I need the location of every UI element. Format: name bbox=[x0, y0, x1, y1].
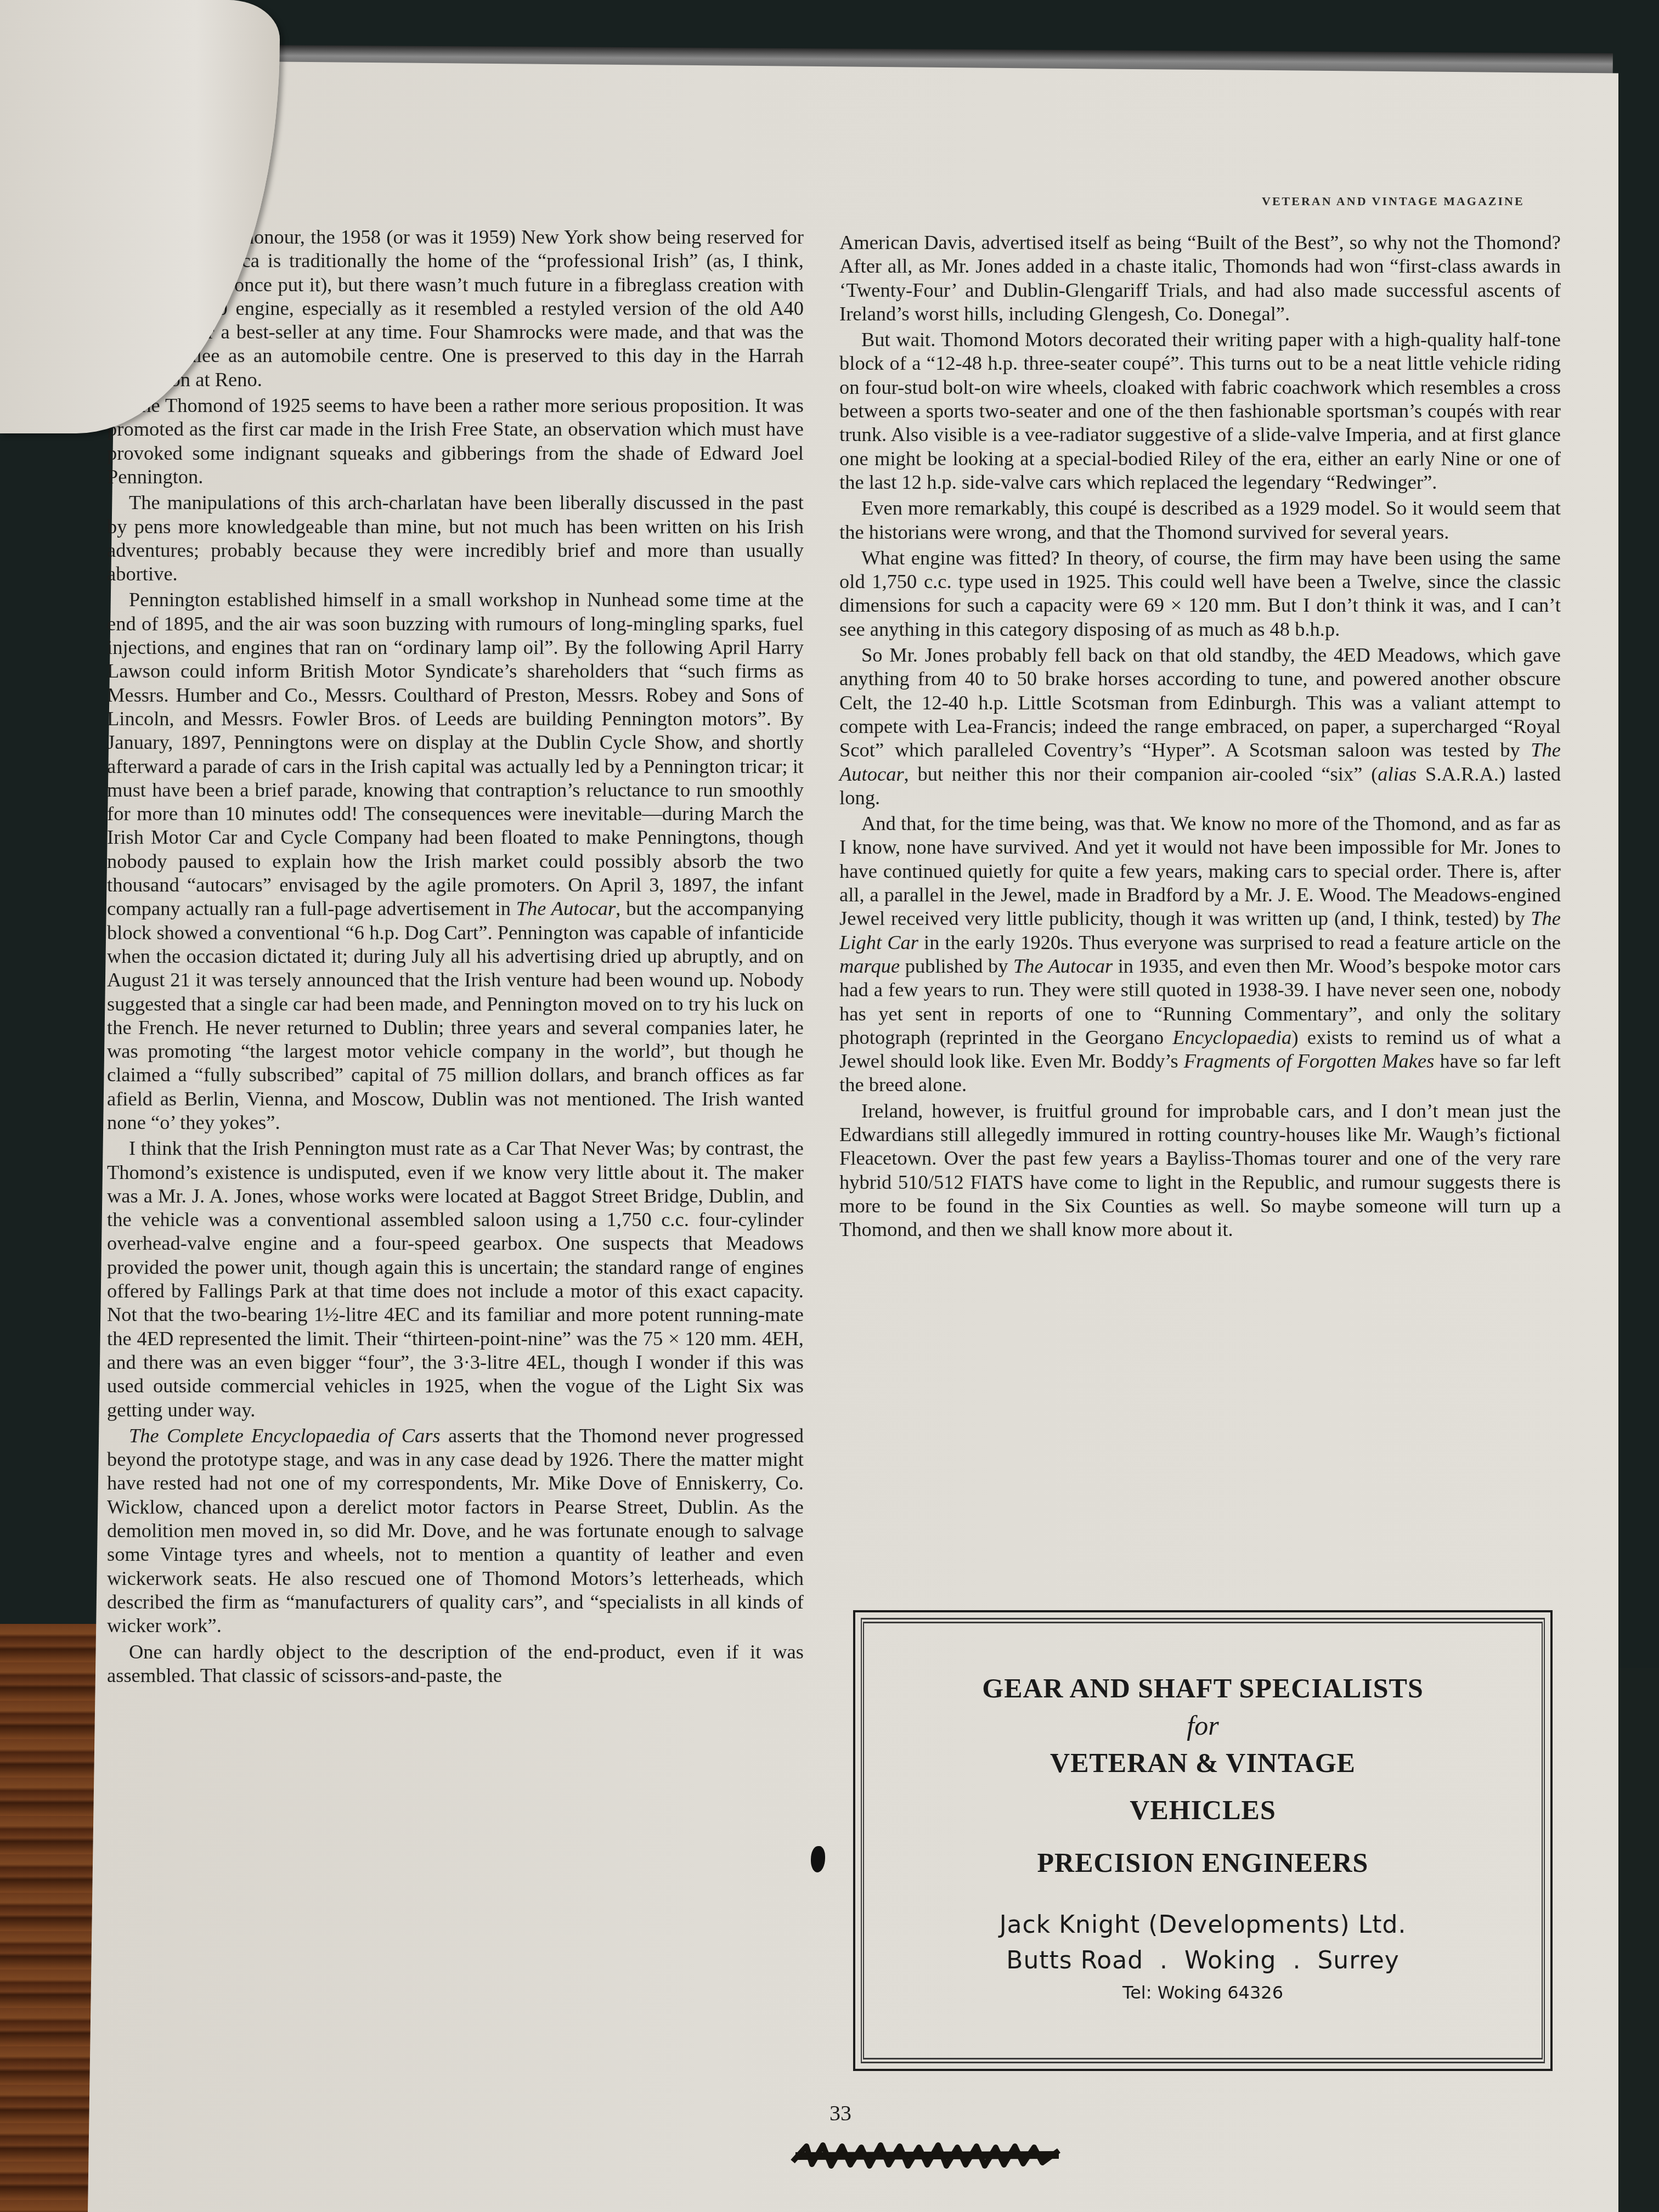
text-run: , but neither this nor their companion a… bbox=[904, 763, 1378, 785]
article-paragraph: What engine was fitted? In theory, of co… bbox=[839, 546, 1561, 641]
article-paragraph: I think that the Irish Pennington must r… bbox=[107, 1136, 804, 1421]
ad-subject: VETERAN & VINTAGE bbox=[864, 1747, 1542, 1778]
text-run: But wait. Thomond Motors decorated their… bbox=[839, 328, 1561, 493]
text-run: published by bbox=[900, 955, 1013, 977]
running-head: VETERAN AND VINTAGE MAGAZINE bbox=[1262, 194, 1525, 208]
article-paragraph: And that, for the time being, was that. … bbox=[839, 811, 1561, 1097]
article-paragraph: So Mr. Jones probably fell back on that … bbox=[839, 643, 1561, 809]
advertisement-box: GEAR AND SHAFT SPECIALISTS for VETERAN &… bbox=[853, 1610, 1553, 2071]
article-paragraph: Ireland, however, is fruitful ground for… bbox=[839, 1099, 1561, 1242]
italic-title: alias bbox=[1378, 763, 1417, 785]
ad-subject-2: VEHICLES bbox=[864, 1795, 1542, 1825]
article-paragraph: But wait. Thomond Motors decorated their… bbox=[839, 328, 1561, 494]
ad-telephone: Tel: Woking 64326 bbox=[864, 1982, 1542, 2003]
text-run: One can hardly object to the description… bbox=[107, 1640, 804, 1686]
article-column-left: denied even this honour, the 1958 (or wa… bbox=[107, 225, 804, 1689]
text-run: Even more remarkably, this coupé is desc… bbox=[839, 496, 1561, 543]
ad-for: for bbox=[864, 1703, 1542, 1747]
article-paragraph: The Thomond of 1925 seems to have been a… bbox=[107, 393, 804, 488]
text-run: So Mr. Jones probably fell back on that … bbox=[839, 644, 1561, 761]
text-run: in the early 1920s. Thus everyone was su… bbox=[918, 931, 1561, 953]
article-paragraph: The Complete Encyclopaedia of Cars asser… bbox=[107, 1424, 804, 1638]
text-run: , but the accompanying block showed a co… bbox=[107, 897, 804, 1133]
italic-title: Encyclopaedia bbox=[1172, 1026, 1291, 1048]
wooden-table-edge bbox=[0, 1624, 99, 2212]
page-number: 33 bbox=[830, 2100, 851, 2126]
text-run: Pennington established himself in a smal… bbox=[107, 588, 804, 919]
text-run: The Thomond of 1925 seems to have been a… bbox=[107, 394, 804, 488]
italic-title: The Autocar bbox=[1013, 955, 1113, 977]
article-paragraph: The manipulations of this arch-charlatan… bbox=[107, 490, 804, 585]
text-run: Ireland, however, is fruitful ground for… bbox=[839, 1099, 1561, 1240]
italic-title: Fragments of Forgotten Makes bbox=[1184, 1049, 1435, 1072]
article-paragraph: Even more remarkably, this coupé is desc… bbox=[839, 496, 1561, 544]
ad-tagline: PRECISION ENGINEERS bbox=[864, 1847, 1542, 1878]
italic-title: marque bbox=[839, 955, 900, 977]
text-run: asserts that the Thomond never progresse… bbox=[107, 1424, 804, 1637]
text-run: And that, for the time being, was that. … bbox=[839, 812, 1561, 929]
italic-title: The Autocar bbox=[516, 897, 616, 919]
advertisement-frame: GEAR AND SHAFT SPECIALISTS for VETERAN &… bbox=[861, 1618, 1545, 2063]
article-paragraph: American Davis, advertised itself as bei… bbox=[839, 230, 1561, 325]
article-column-right: American Davis, advertised itself as bei… bbox=[839, 230, 1561, 1243]
ad-address: Butts Road . Woking . Surrey bbox=[864, 1946, 1542, 1974]
article-paragraph: Pennington established himself in a smal… bbox=[107, 588, 804, 1134]
text-run: American Davis, advertised itself as bei… bbox=[839, 231, 1561, 325]
text-run: The manipulations of this arch-charlatan… bbox=[107, 491, 804, 585]
scribbled-out-text bbox=[790, 2140, 1064, 2170]
ad-company-name: Jack Knight (Developments) Ltd. bbox=[864, 1911, 1542, 1939]
ad-headline: GEAR AND SHAFT SPECIALISTS bbox=[864, 1673, 1542, 1703]
text-run: I think that the Irish Pennington must r… bbox=[107, 1137, 804, 1420]
italic-title: The Complete Encyclopaedia of Cars bbox=[129, 1424, 441, 1447]
text-run: What engine was fitted? In theory, of co… bbox=[839, 546, 1561, 640]
article-paragraph: One can hardly object to the description… bbox=[107, 1640, 804, 1688]
